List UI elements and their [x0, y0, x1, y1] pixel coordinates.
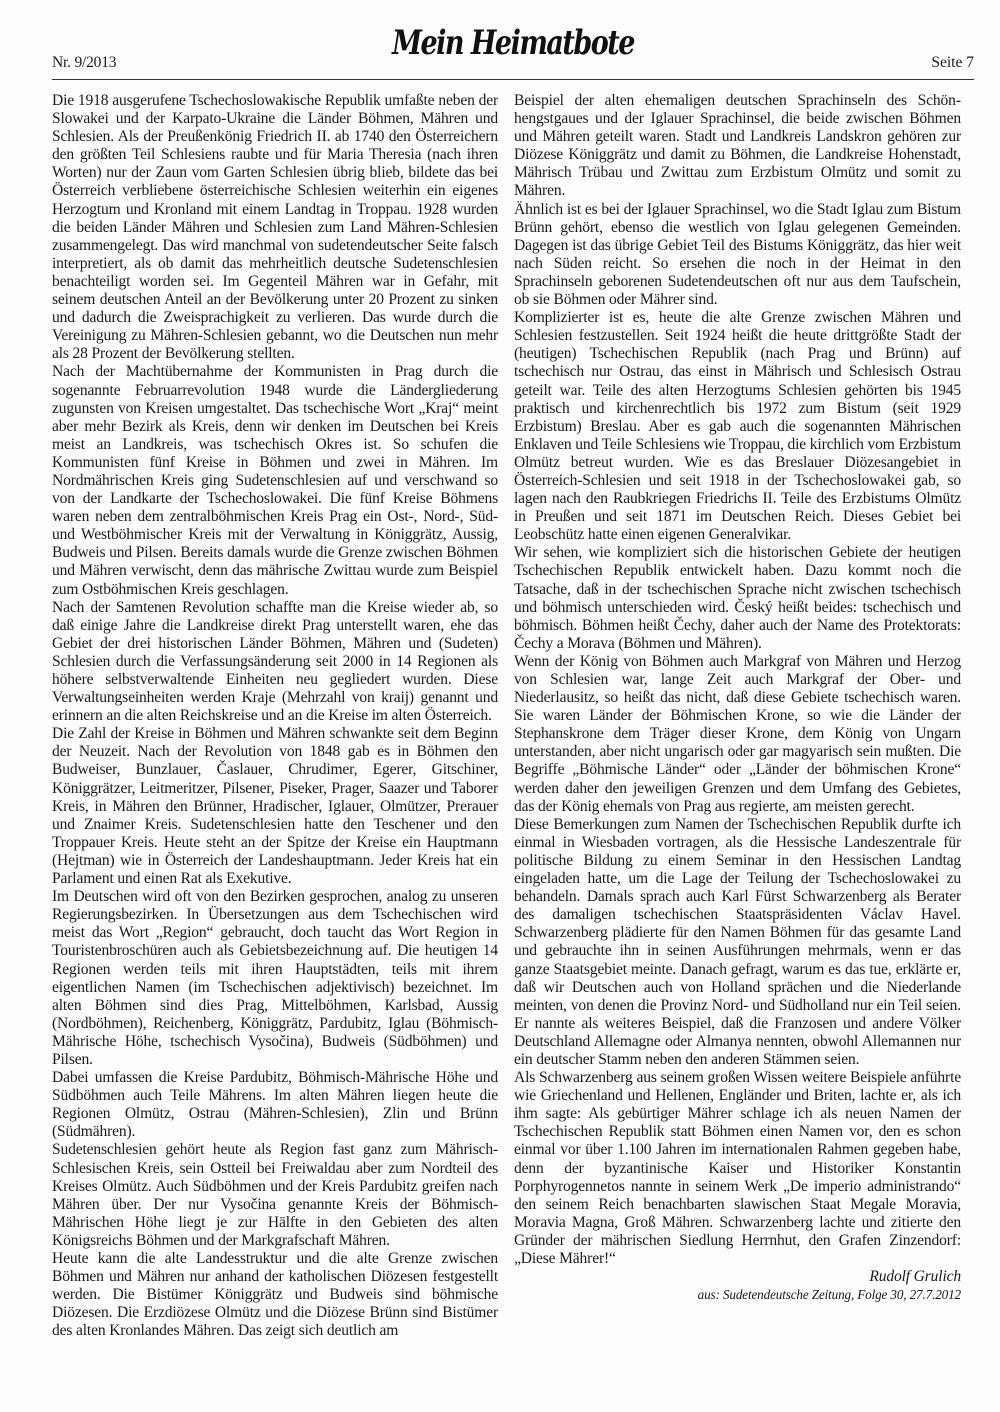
paragraph: Wenn der König von Böhmen auch Markgraf …: [514, 653, 961, 816]
paragraph: Ähnlich ist es bei der Iglauer Sprachins…: [514, 201, 961, 310]
paragraph: Beispiel der alten ehemaligen deutschen …: [514, 92, 961, 201]
paragraph: Die 1918 ausgerufene Tschechoslowakische…: [52, 92, 498, 363]
paragraph: Sudetenschlesien gehört heute als Region…: [52, 1141, 498, 1250]
issue-number: Nr. 9/2013: [52, 54, 116, 72]
paragraph: Nach der Machtübernahme der Kommunisten …: [52, 363, 498, 598]
source-citation: aus: Sudetendeutsche Zeitung, Folge 30, …: [514, 1286, 961, 1304]
header-divider: [52, 79, 974, 80]
newspaper-page: Nr. 9/2013 Mein Heimatbote Seite 7 Die 1…: [0, 0, 1000, 1412]
paragraph: Wir sehen, wie kompliziert sich die hist…: [514, 544, 961, 653]
paragraph: Nach der Samtenen Revolution schaffte ma…: [52, 599, 498, 726]
article-column-right: Beispiel der alten ehemaligen deutschen …: [514, 92, 961, 1304]
paragraph: Komplizierter ist es, heute die alte Gre…: [514, 309, 961, 544]
masthead-logo: Mein Heimatbote: [392, 24, 634, 63]
paragraph: Dabei umfassen die Kreise Pardubitz, Böh…: [52, 1069, 498, 1141]
paragraph: Heute kann die alte Landesstruktur und d…: [52, 1250, 498, 1340]
paragraph: Im Deutschen wird oft von den Bezirken g…: [52, 888, 498, 1069]
paragraph: Als Schwarzenberg aus seinem großen Wiss…: [514, 1069, 961, 1268]
article-column-left: Die 1918 ausgerufene Tschechoslowakische…: [52, 92, 498, 1340]
author-signature: Rudolf Grulich: [514, 1268, 961, 1286]
page-number: Seite 7: [931, 54, 974, 72]
paragraph: Die Zahl der Kreise in Böhmen und Mähren…: [52, 725, 498, 888]
page-header: Nr. 9/2013 Mein Heimatbote Seite 7: [52, 22, 974, 78]
paragraph: Diese Bemerkungen zum Namen der Tschechi…: [514, 816, 961, 1069]
